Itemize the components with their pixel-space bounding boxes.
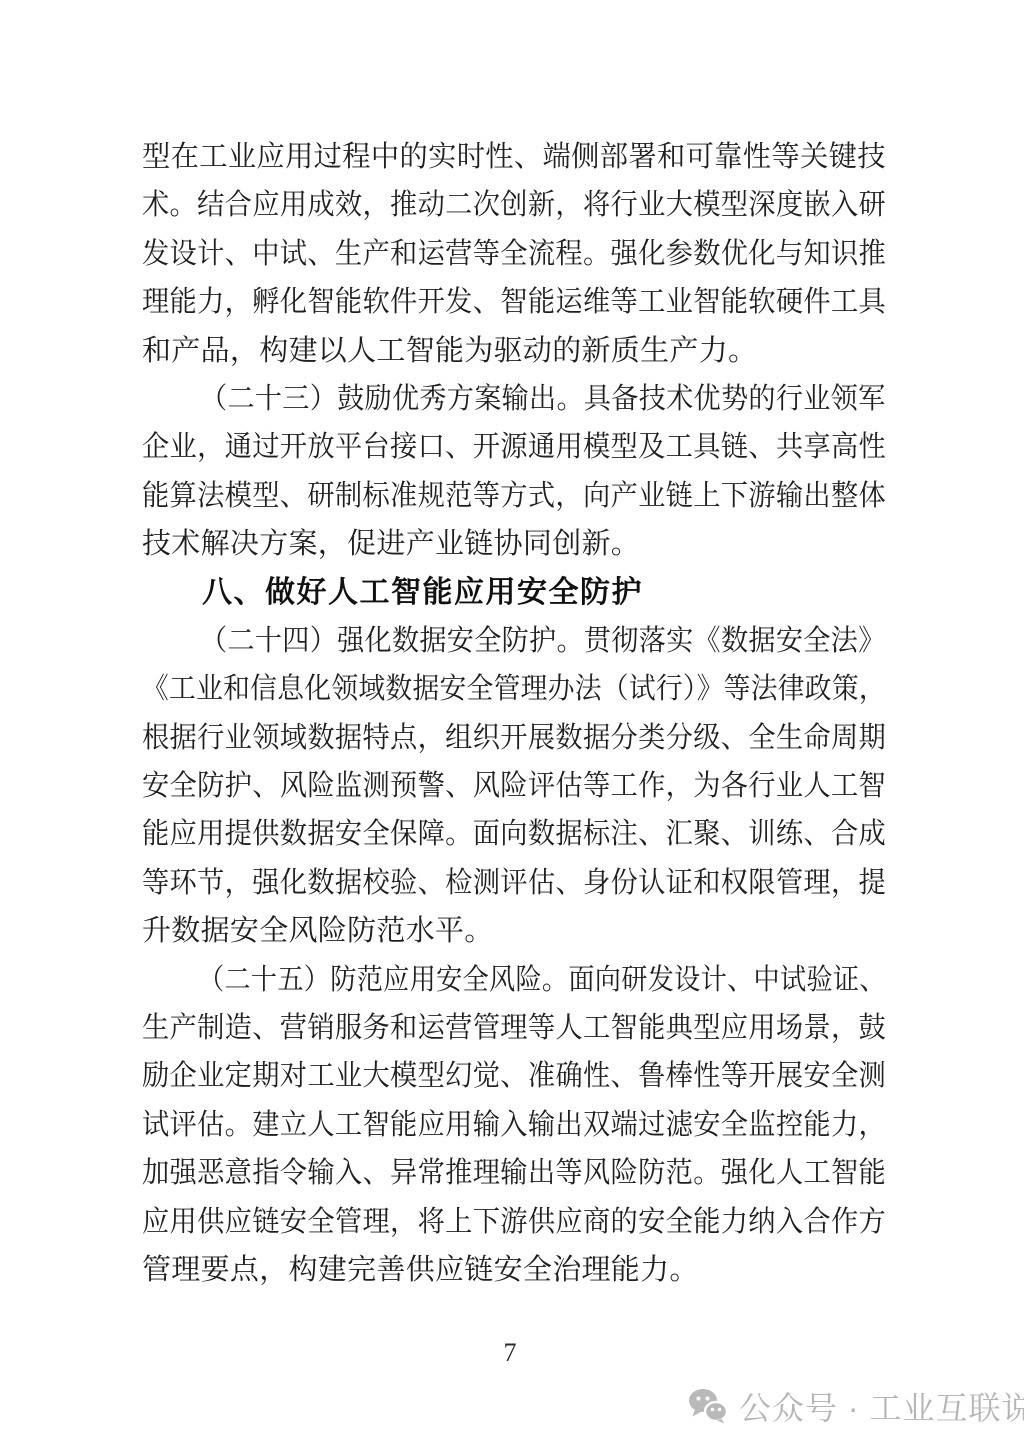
text-line: （二十五）防范应用安全风险。面向研发设计、中试验证、 <box>142 956 814 1004</box>
document-page: 型在工业应用过程中的实时性、端侧部署和可靠性等关键技术。结合应用成效，推动二次创… <box>0 0 1024 1448</box>
text-line: 管理要点，构建完善供应链安全治理能力。 <box>142 1246 886 1294</box>
paragraph: 型在工业应用过程中的实时性、端侧部署和可靠性等关键技术。结合应用成效，推动二次创… <box>142 133 886 375</box>
text-line: 发设计、中试、生产和运营等全流程。强化参数优化与知识推 <box>142 230 842 278</box>
paragraph: （二十五）防范应用安全风险。面向研发设计、中试验证、生产制造、营销服务和运营管理… <box>142 956 886 1295</box>
watermark: 公众号 · 工业互联说 <box>688 1384 1024 1428</box>
paragraph: （二十三）鼓励优秀方案输出。具备技术优势的行业领军企业，通过开放平台接口、开源通… <box>142 375 886 569</box>
text-line: 《工业和信息化领域数据安全管理办法（试行）》等法律政策， <box>142 665 829 713</box>
text-line: 能应用提供数据安全保障。面向数据标注、汇聚、训练、合成 <box>142 810 842 858</box>
text-line: （二十四）强化数据安全防护。贯彻落实《数据安全法》 <box>142 617 838 665</box>
text-line: 技术解决方案，促进产业链协同创新。 <box>142 520 886 568</box>
text-line: 安全防护、风险监测预警、风险评估等工作，为各行业人工智 <box>142 762 842 810</box>
text-line: 应用供应链安全管理，将上下游供应商的安全能力纳入合作方 <box>142 1198 842 1246</box>
text-line: 励企业定期对工业大模型幻觉、准确性、鲁棒性等开展安全测 <box>142 1052 842 1100</box>
text-line: 能算法模型、研制标准规范等方式，向产业链上下游输出整体 <box>142 472 842 520</box>
wechat-icon <box>688 1388 728 1424</box>
text-line: 等环节，强化数据校验、检测评估、身份认证和权限管理，提 <box>142 859 842 907</box>
section-heading: 八、做好人工智能应用安全防护 <box>142 569 886 617</box>
watermark-text: 公众号 · 工业互联说 <box>739 1383 1024 1429</box>
text-line: 生产制造、营销服务和运营管理等人工智能典型应用场景，鼓 <box>142 1004 842 1052</box>
text-line: 型在工业应用过程中的实时性、端侧部署和可靠性等关键技 <box>142 133 868 181</box>
text-line: 理能力，孵化智能软件开发、智能运维等工业智能软硬件工具 <box>142 278 842 326</box>
text-line: 和产品，构建以人工智能为驱动的新质生产力。 <box>142 327 886 375</box>
text-line: 试评估。建立人工智能应用输入输出双端过滤安全监控能力， <box>142 1101 842 1149</box>
text-line: 根据行业领域数据特点，组织开展数据分类分级、全生命周期 <box>142 714 842 762</box>
paragraph: （二十四）强化数据安全防护。贯彻落实《数据安全法》《工业和信息化领域数据安全管理… <box>142 617 886 956</box>
page-number: 7 <box>0 1338 1020 1368</box>
text-line: 术。结合应用成效，推动二次创新，将行业大模型深度嵌入研 <box>142 181 842 229</box>
text-line: （二十三）鼓励优秀方案输出。具备技术优势的行业领军 <box>142 375 838 423</box>
text-line: 升数据安全风险防范水平。 <box>142 907 886 955</box>
text-line: 企业，通过开放平台接口、开源通用模型及工具链、共享高性 <box>142 423 842 471</box>
text-line: 加强恶意指令输入、异常推理输出等风险防范。强化人工智能 <box>142 1149 842 1197</box>
document-body: 型在工业应用过程中的实时性、端侧部署和可靠性等关键技术。结合应用成效，推动二次创… <box>142 133 886 1294</box>
